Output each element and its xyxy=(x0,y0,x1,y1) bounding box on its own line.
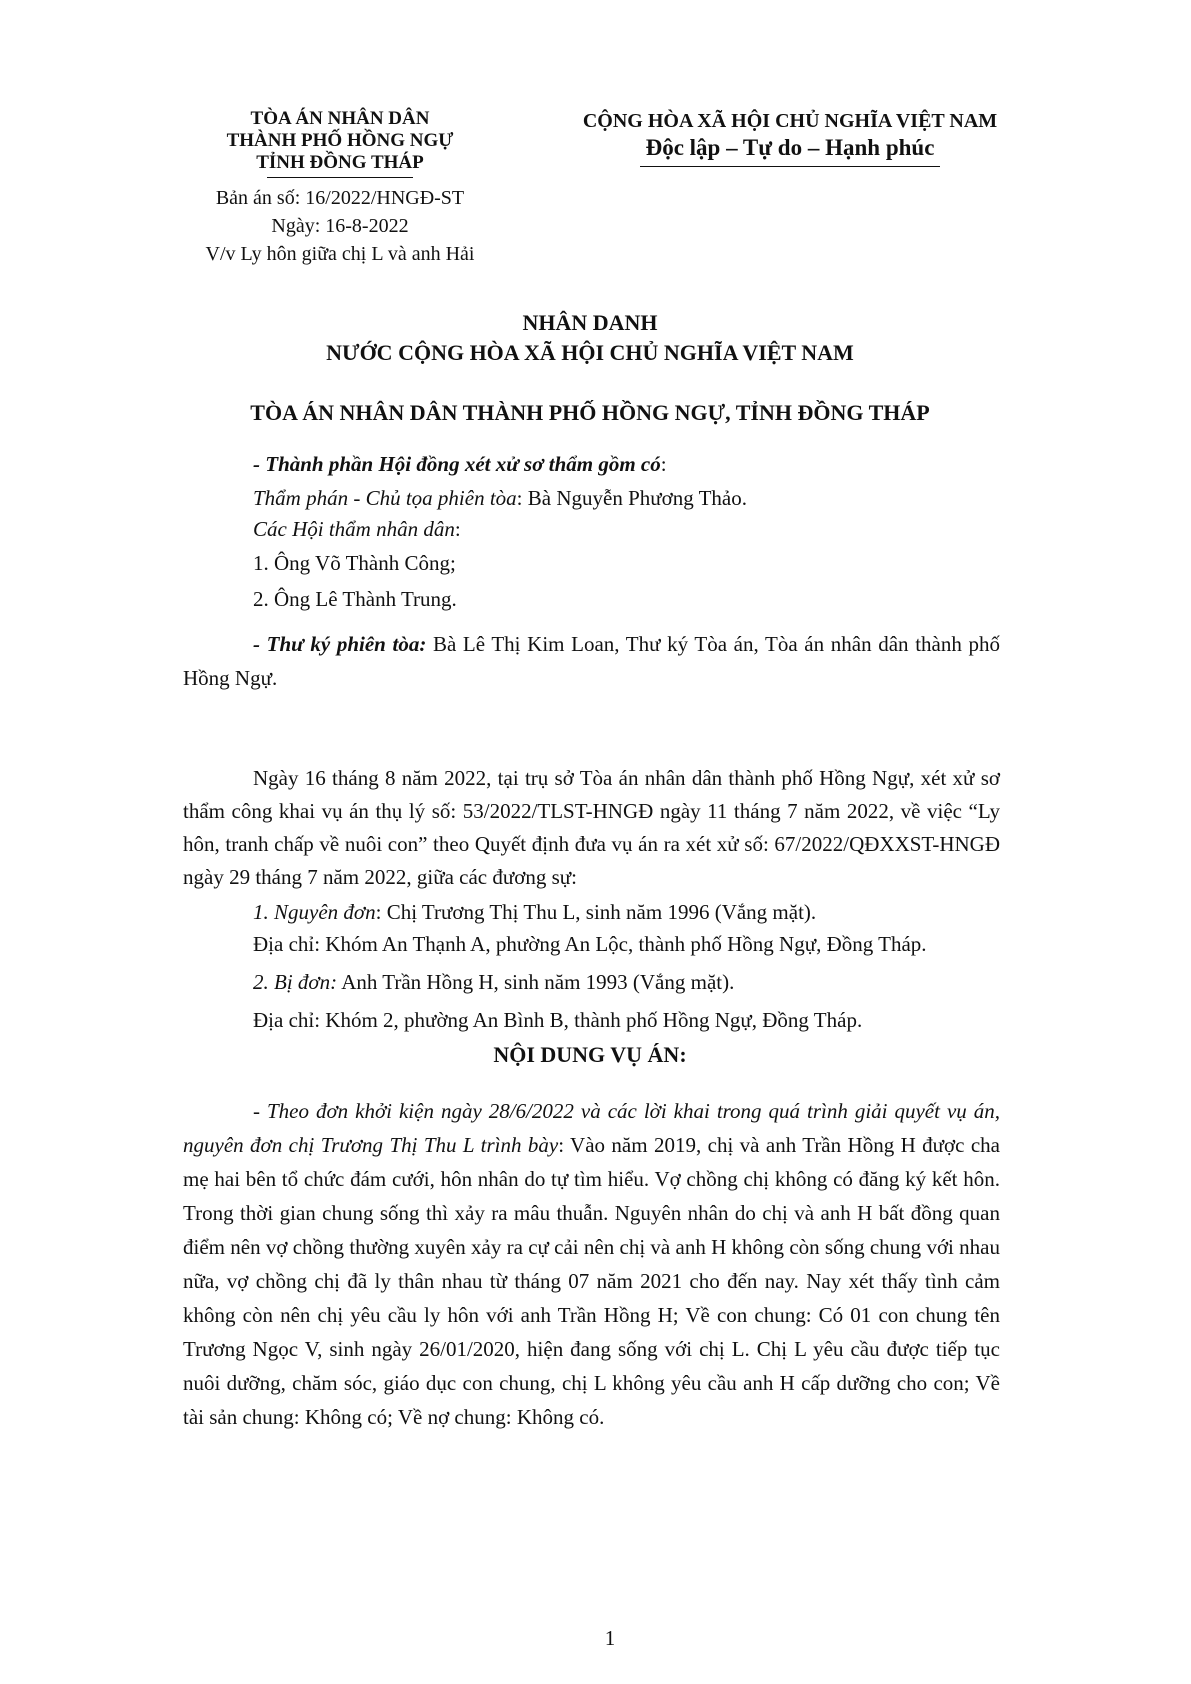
defendant-label: 2. Bị đơn: xyxy=(253,970,337,994)
plaintiff-value: : Chị Trương Thị Thu L, sinh năm 1996 (V… xyxy=(376,900,817,924)
court-header-divider xyxy=(267,177,413,178)
court-name-line-2: THÀNH PHỐ HỒNG NGỰ xyxy=(180,130,500,152)
court-name-line-3: TỈNH ĐỒNG THÁP xyxy=(180,152,500,174)
juror-1: 1. Ông Võ Thành Công; xyxy=(183,545,1000,581)
panel-section: - Thành phần Hội đồng xét xử sơ thẩm gồm… xyxy=(183,448,1000,695)
court-header-block: TÒA ÁN NHÂN DÂN THÀNH PHỐ HỒNG NGỰ TỈNH … xyxy=(180,108,500,268)
parties-section: 1. Nguyên đơn: Chị Trương Thị Thu L, sin… xyxy=(183,896,1000,1036)
hearing-paragraph: Ngày 16 tháng 8 năm 2022, tại trụ sở Tòa… xyxy=(183,762,1000,894)
presiding-judge: Thẩm phán - Chủ tọa phiên tòa: Bà Nguyễn… xyxy=(183,483,1000,514)
judgment-number: Bản án số: 16/2022/HNGĐ-ST xyxy=(180,184,500,212)
defendant-address: Địa chỉ: Khóm 2, phường An Bình B, thành… xyxy=(183,1004,1000,1036)
panel-heading-text: Thành phần Hội đồng xét xử sơ thẩm gồm c… xyxy=(265,452,661,476)
national-title: CỘNG HÒA XÃ HỘI CHỦ NGHĨA VIỆT NAM xyxy=(560,108,1020,134)
national-header-block: CỘNG HÒA XÃ HỘI CHỦ NGHĨA VIỆT NAM Độc l… xyxy=(560,108,1020,167)
panel-heading: - Thành phần Hội đồng xét xử sơ thẩm gồm… xyxy=(183,448,1000,481)
in-the-name-title: NHÂN DANH xyxy=(180,308,1000,338)
court-name-line-1: TÒA ÁN NHÂN DÂN xyxy=(180,108,500,130)
plaintiff-address: Địa chỉ: Khóm An Thạnh A, phường An Lộc,… xyxy=(183,928,1000,960)
national-motto: Độc lập – Tự do – Hạnh phúc xyxy=(560,134,1020,162)
case-content-body: : Vào năm 2019, chị và anh Trần Hồng H đ… xyxy=(183,1133,1000,1429)
judgment-title-block: NHÂN DANH NƯỚC CỘNG HÒA XÃ HỘI CHỦ NGHĨA… xyxy=(180,308,1000,368)
page-number: 1 xyxy=(560,1624,660,1652)
case-subject: V/v Ly hôn giữa chị L và anh Hải xyxy=(180,240,500,268)
plaintiff-label: 1. Nguyên đơn xyxy=(253,900,376,924)
motto-divider xyxy=(640,166,940,167)
court-full-title: TÒA ÁN NHÂN DÂN THÀNH PHỐ HỒNG NGỰ, TỈNH… xyxy=(180,398,1000,428)
judgment-date: Ngày: 16-8-2022 xyxy=(180,212,500,240)
plaintiff: 1. Nguyên đơn: Chị Trương Thị Thu L, sin… xyxy=(183,896,1000,928)
clerk-label: Thư ký phiên tòa: xyxy=(267,632,427,656)
republic-title: NƯỚC CỘNG HÒA XÃ HỘI CHỦ NGHĨA VIỆT NAM xyxy=(180,338,1000,368)
jurors-heading: Các Hội thẩm nhân dân: xyxy=(183,514,1000,545)
case-content-paragraph: - Theo đơn khởi kiện ngày 28/6/2022 và c… xyxy=(183,1094,1000,1434)
document-page: TÒA ÁN NHÂN DÂN THÀNH PHỐ HỒNG NGỰ TỈNH … xyxy=(0,0,1191,1684)
defendant: 2. Bị đơn: Anh Trần Hồng H, sinh năm 199… xyxy=(183,966,1000,998)
juror-2: 2. Ông Lê Thành Trung. xyxy=(183,581,1000,617)
court-clerk: - Thư ký phiên tòa: Bà Lê Thị Kim Loan, … xyxy=(183,627,1000,695)
case-content-section: - Theo đơn khởi kiện ngày 28/6/2022 và c… xyxy=(183,1094,1000,1434)
defendant-value: Anh Trần Hồng H, sinh năm 1993 (Vắng mặt… xyxy=(337,970,734,994)
case-content-heading: NỘI DUNG VỤ ÁN: xyxy=(180,1040,1000,1070)
judge-label: Thẩm phán - Chủ tọa phiên tòa xyxy=(253,486,517,510)
judge-name: : Bà Nguyễn Phương Thảo. xyxy=(517,486,747,510)
hearing-section: Ngày 16 tháng 8 năm 2022, tại trụ sở Tòa… xyxy=(183,762,1000,894)
